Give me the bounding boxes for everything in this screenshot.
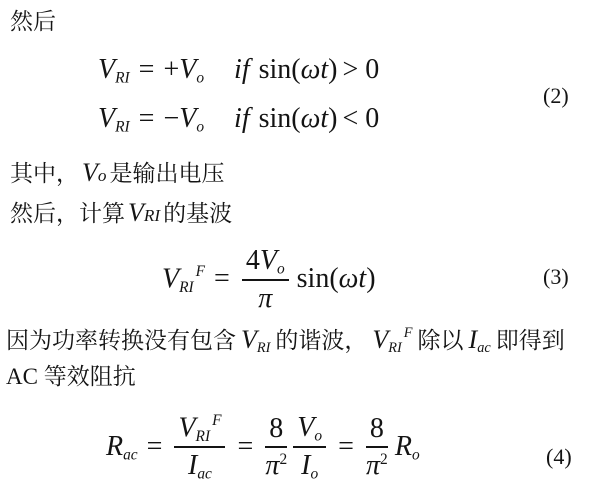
math-sub-o: o: [311, 465, 319, 482]
math-sub-ri: RI: [115, 69, 130, 86]
math-coefficient-4: 4: [246, 245, 260, 276]
math-pi: π: [258, 283, 272, 314]
math-small-ri: RI: [144, 206, 160, 225]
math-pi: π: [366, 450, 380, 481]
eq4-rhs-ro: Ro: [395, 431, 420, 464]
fraction-denominator: π2: [265, 448, 287, 481]
math-var-v: V: [128, 198, 144, 227]
math-coefficient-8: 8: [370, 413, 384, 444]
fraction-vrif-over-iac: VRIF Iac: [174, 412, 225, 483]
fraction-denominator: Io: [301, 448, 318, 483]
math-sup-2: 2: [279, 451, 287, 468]
equation-4: Rac = VRIF Iac = 8 π2 Vo Io = 8 π2 Ro: [106, 412, 420, 483]
math-sub-ac: ac: [123, 446, 138, 463]
math-sup-f: F: [196, 263, 205, 280]
math-sub-ri: RI: [257, 340, 271, 356]
math-var-v: V: [162, 263, 179, 294]
because-text-2: 的谐波，: [275, 328, 367, 353]
plus-sign: +: [163, 54, 179, 85]
fraction-denominator: π: [258, 281, 272, 314]
paragraph-where: 其中，Vo是输出电压: [10, 156, 224, 190]
math-vri-f-inline: VRIF: [372, 325, 412, 354]
because-text-4: 即得到: [496, 328, 565, 353]
because-text-1: 因为功率转换没有包含: [6, 328, 236, 353]
equals-sign: =: [237, 431, 253, 463]
fraction-denominator: π2: [366, 448, 388, 481]
math-if: if: [234, 54, 250, 85]
equals-sign: =: [139, 54, 155, 85]
math-var-v: V: [179, 103, 196, 134]
math-iac-inline: Iac: [469, 325, 491, 354]
math-var-i: I: [469, 325, 478, 354]
eq3-sin-term: sin(ωt): [297, 263, 376, 295]
math-omega-t: ωt: [301, 103, 329, 134]
math-var-i: I: [188, 450, 197, 481]
equation-number-3: (3): [543, 264, 569, 290]
equals-sign: =: [214, 263, 230, 295]
fraction-8-over-pi-squared: 8 π2: [265, 413, 287, 481]
fraction-numerator: Vo: [293, 412, 326, 448]
fraction-vo-over-io: Vo Io: [293, 412, 326, 482]
equation-3: VRIF = 4Vo π sin(ωt): [162, 245, 376, 314]
math-sin-open: sin(: [297, 263, 339, 294]
math-var-v: V: [241, 325, 257, 354]
math-var-v: V: [297, 412, 314, 443]
fraction-denominator: Iac: [188, 448, 212, 483]
fraction-numerator: VRIF: [174, 412, 225, 448]
close-paren: ): [328, 103, 337, 134]
math-var-v: V: [98, 54, 115, 85]
paragraph-ac-impedance: AC 等效阻抗: [6, 362, 136, 392]
math-small-o: o: [98, 166, 107, 185]
math-var-v: V: [260, 245, 277, 276]
fraction-numerator: 4Vo: [242, 245, 289, 281]
fraction-numerator: 8: [366, 413, 388, 447]
comparison-lt-zero: < 0: [343, 103, 380, 134]
comparison-gt-zero: > 0: [343, 54, 380, 85]
math-sin-open: sin(: [259, 54, 301, 85]
math-var-i: I: [301, 450, 310, 481]
math-sin-open: sin(: [259, 103, 301, 134]
equation-2-line-2: VRI=−Voifsin(ωt)< 0: [98, 101, 379, 137]
math-sup-f: F: [404, 325, 413, 341]
math-sub-o: o: [314, 428, 322, 445]
where-text-pre: 其中，: [10, 161, 79, 186]
math-var-v: V: [178, 413, 195, 444]
math-sub-ac: ac: [197, 465, 212, 482]
eq4-lhs-rac: Rac: [106, 431, 138, 464]
calc-text-post: 的基波: [163, 201, 232, 226]
math-vri-inline: VRI: [241, 325, 270, 354]
close-paren: ): [366, 263, 375, 294]
math-var-v: V: [372, 325, 388, 354]
math-sup-f: F: [212, 412, 221, 429]
math-sup-2: 2: [380, 451, 388, 468]
paragraph-calc: 然后，计算VRI的基波: [10, 196, 232, 230]
equation-2-line-1: VRI=+Voifsin(ωt)> 0: [98, 52, 379, 88]
math-sub-o: o: [412, 446, 420, 463]
math-var-v: V: [82, 158, 98, 187]
math-sub-ri: RI: [179, 279, 194, 296]
fraction-4vo-over-pi: 4Vo π: [242, 245, 289, 314]
math-omega-t: ωt: [301, 54, 329, 85]
math-sub-o: o: [277, 260, 285, 277]
math-var-r: R: [106, 431, 123, 462]
math-sub-ri: RI: [115, 119, 130, 136]
math-vo-inline: Vo: [82, 158, 106, 187]
math-var-v: V: [179, 54, 196, 85]
document-page: 然后 VRI=+Voifsin(ωt)> 0 VRI=−Voifsin(ωt)<…: [0, 0, 600, 501]
math-sub-o: o: [196, 119, 204, 136]
math-omega-t: ωt: [339, 263, 367, 294]
minus-sign: −: [163, 103, 179, 134]
paragraph-then: 然后: [10, 7, 56, 37]
close-paren: ): [328, 54, 337, 85]
math-if: if: [234, 103, 250, 134]
math-sub-ri: RI: [196, 428, 211, 445]
math-var-r: R: [395, 431, 412, 462]
eq3-lhs-vri-f: VRIF: [162, 263, 205, 297]
calc-text-pre: 然后，计算: [10, 201, 125, 226]
equals-sign: =: [139, 103, 155, 134]
because-text-3: 除以: [418, 328, 464, 353]
equation-number-2: (2): [543, 83, 569, 109]
math-sub-ri: RI: [388, 340, 402, 356]
equation-2: VRI=+Voifsin(ωt)> 0 VRI=−Voifsin(ωt)< 0: [98, 52, 379, 138]
math-var-v: V: [98, 103, 115, 134]
equation-number-4: (4): [546, 444, 572, 470]
math-pi: π: [265, 450, 279, 481]
math-sub-o: o: [196, 69, 204, 86]
math-sub-ac: ac: [477, 340, 491, 356]
equals-sign: =: [147, 431, 163, 463]
paragraph-because-line1: 因为功率转换没有包含VRI的谐波，VRIF除以Iac即得到: [6, 323, 565, 358]
math-vri-inline: VRI: [128, 198, 160, 227]
fraction-8-over-pi-squared: 8 π2: [366, 413, 388, 481]
equals-sign: =: [338, 431, 354, 463]
fraction-numerator: 8: [265, 413, 287, 447]
where-text-post: 是输出电压: [109, 161, 224, 186]
math-coefficient-8: 8: [269, 413, 283, 444]
